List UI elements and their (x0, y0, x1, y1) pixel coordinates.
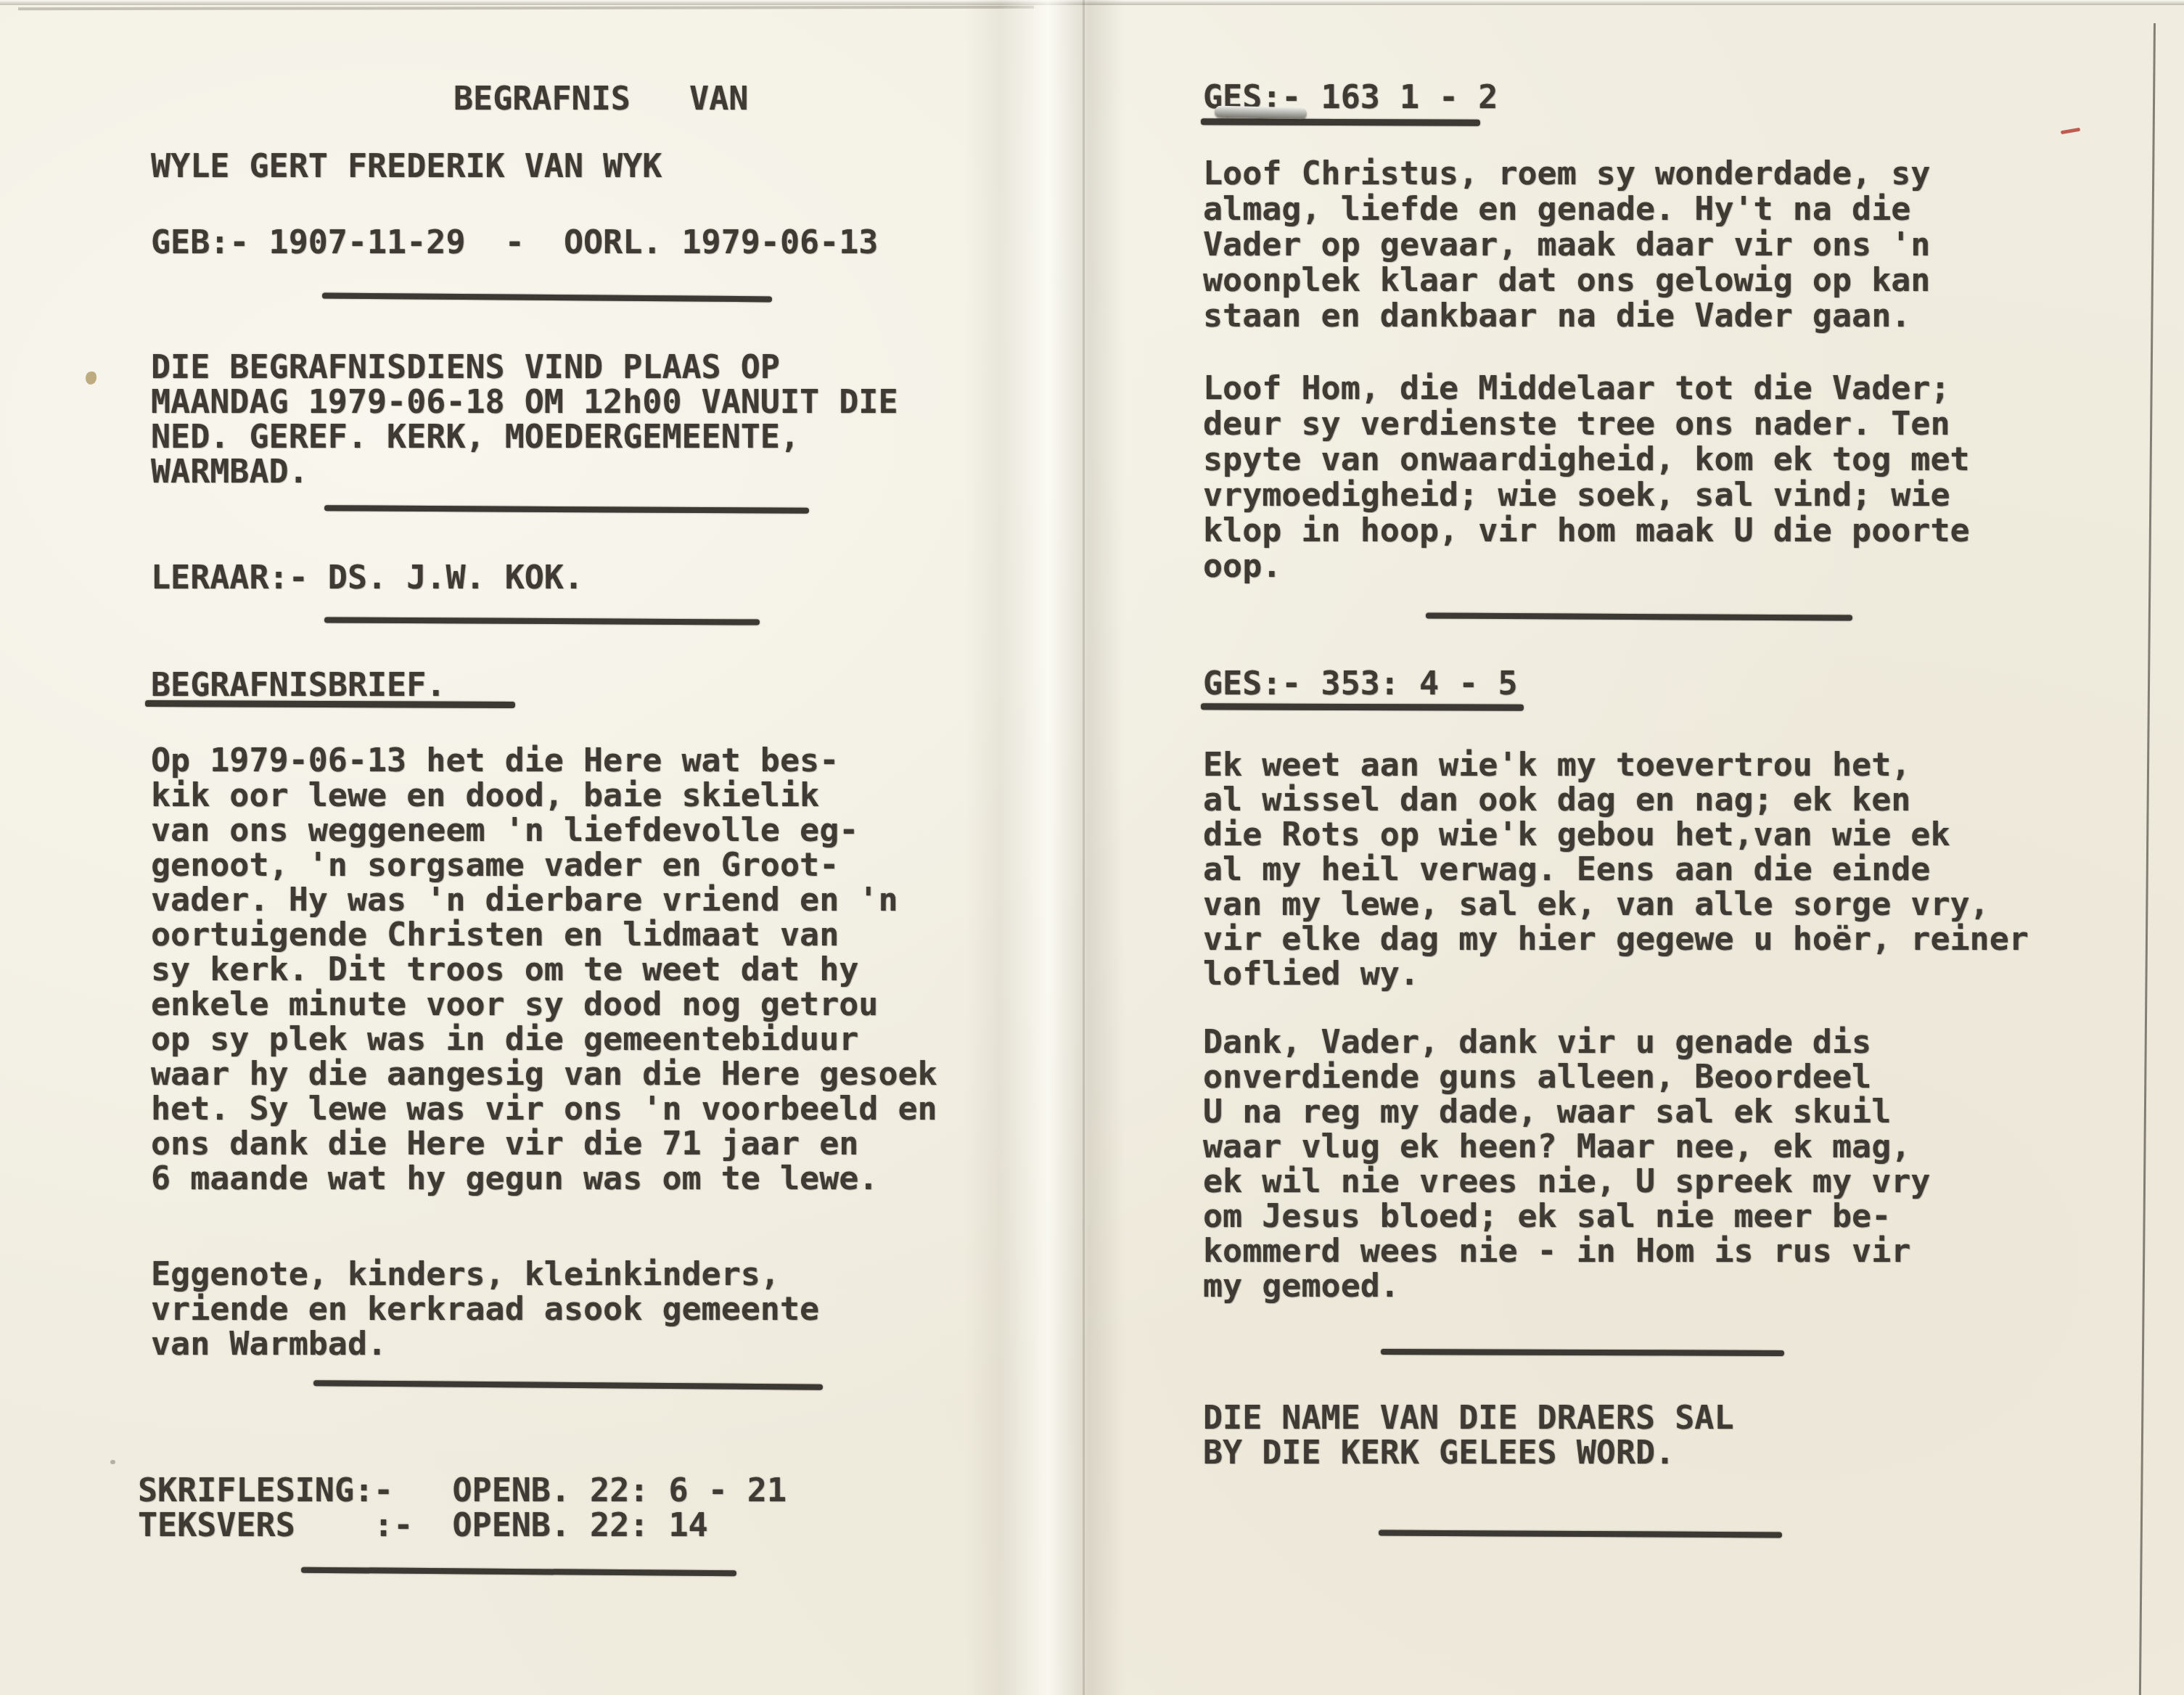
paper-top-edge-line (18, 6, 1034, 10)
typed-divider-rule (322, 293, 772, 303)
typed-divider-rule (1379, 1530, 1782, 1538)
hymn1-verse2: Loof Hom, die Middelaar tot die Vader;de… (1203, 370, 1970, 583)
hymn1-verse1: Loof Christus, roem sy wonderdade, syalm… (1203, 155, 1930, 333)
paper-dot-mark (110, 1460, 115, 1464)
scanned-funeral-program: BEGRAFNIS VAN WYLE GERT FREDERIK VAN WYK… (0, 0, 2184, 1695)
right-page-edge-line (2139, 23, 2156, 1695)
bearers-notice: DIE NAME VAN DIE DRAERS SALBY DIE KERK G… (1203, 1400, 1734, 1470)
typed-divider-rule (301, 1567, 736, 1577)
hymn2-verse1: Ek weet aan wie'k my toevertrou het,al w… (1203, 747, 2029, 991)
deceased-name: WYLE GERT FREDERIK VAN WYK (151, 149, 662, 184)
page-fold-seam-line (1083, 0, 1085, 1695)
typed-divider-rule (313, 1380, 823, 1390)
page-fold-crease (965, 0, 1125, 1695)
minister-line: LERAAR:- DS. J.W. KOK. (151, 560, 583, 595)
typed-divider-rule (1426, 612, 1852, 620)
hymn2-verse2: Dank, Vader, dank vir u genade disonverd… (1203, 1025, 1930, 1303)
heading-underline (1201, 703, 1524, 711)
service-details: DIE BEGRAFNISDIENS VIND PLAAS OPMAANDAG … (151, 350, 898, 489)
scripture-readings: SKRIFLESING:- OPENB. 22: 6 - 21TEKSVERS … (138, 1473, 787, 1543)
funeral-letter-body: Op 1979-06-13 het die Here wat bes-kik o… (151, 743, 937, 1196)
heading-underline (145, 700, 515, 708)
typed-divider-rule (324, 617, 760, 625)
hymn2-heading: GES:- 353: 4 - 5 (1203, 666, 1517, 701)
typed-divider-rule (324, 505, 809, 513)
funeral-title: BEGRAFNIS VAN (453, 81, 748, 116)
acknowledgement: Eggenote, kinders, kleinkinders,vriende … (151, 1257, 819, 1361)
funeral-letter-heading: BEGRAFNISBRIEF. (151, 668, 446, 702)
red-pen-mark (2061, 128, 2080, 135)
heading-underline (1201, 118, 1480, 126)
staple (1215, 106, 1307, 120)
birth-death-dates: GEB:- 1907-11-29 - OORL. 1979-06-13 (151, 225, 878, 260)
typed-divider-rule (1381, 1349, 1784, 1356)
paper-speck (86, 372, 97, 385)
